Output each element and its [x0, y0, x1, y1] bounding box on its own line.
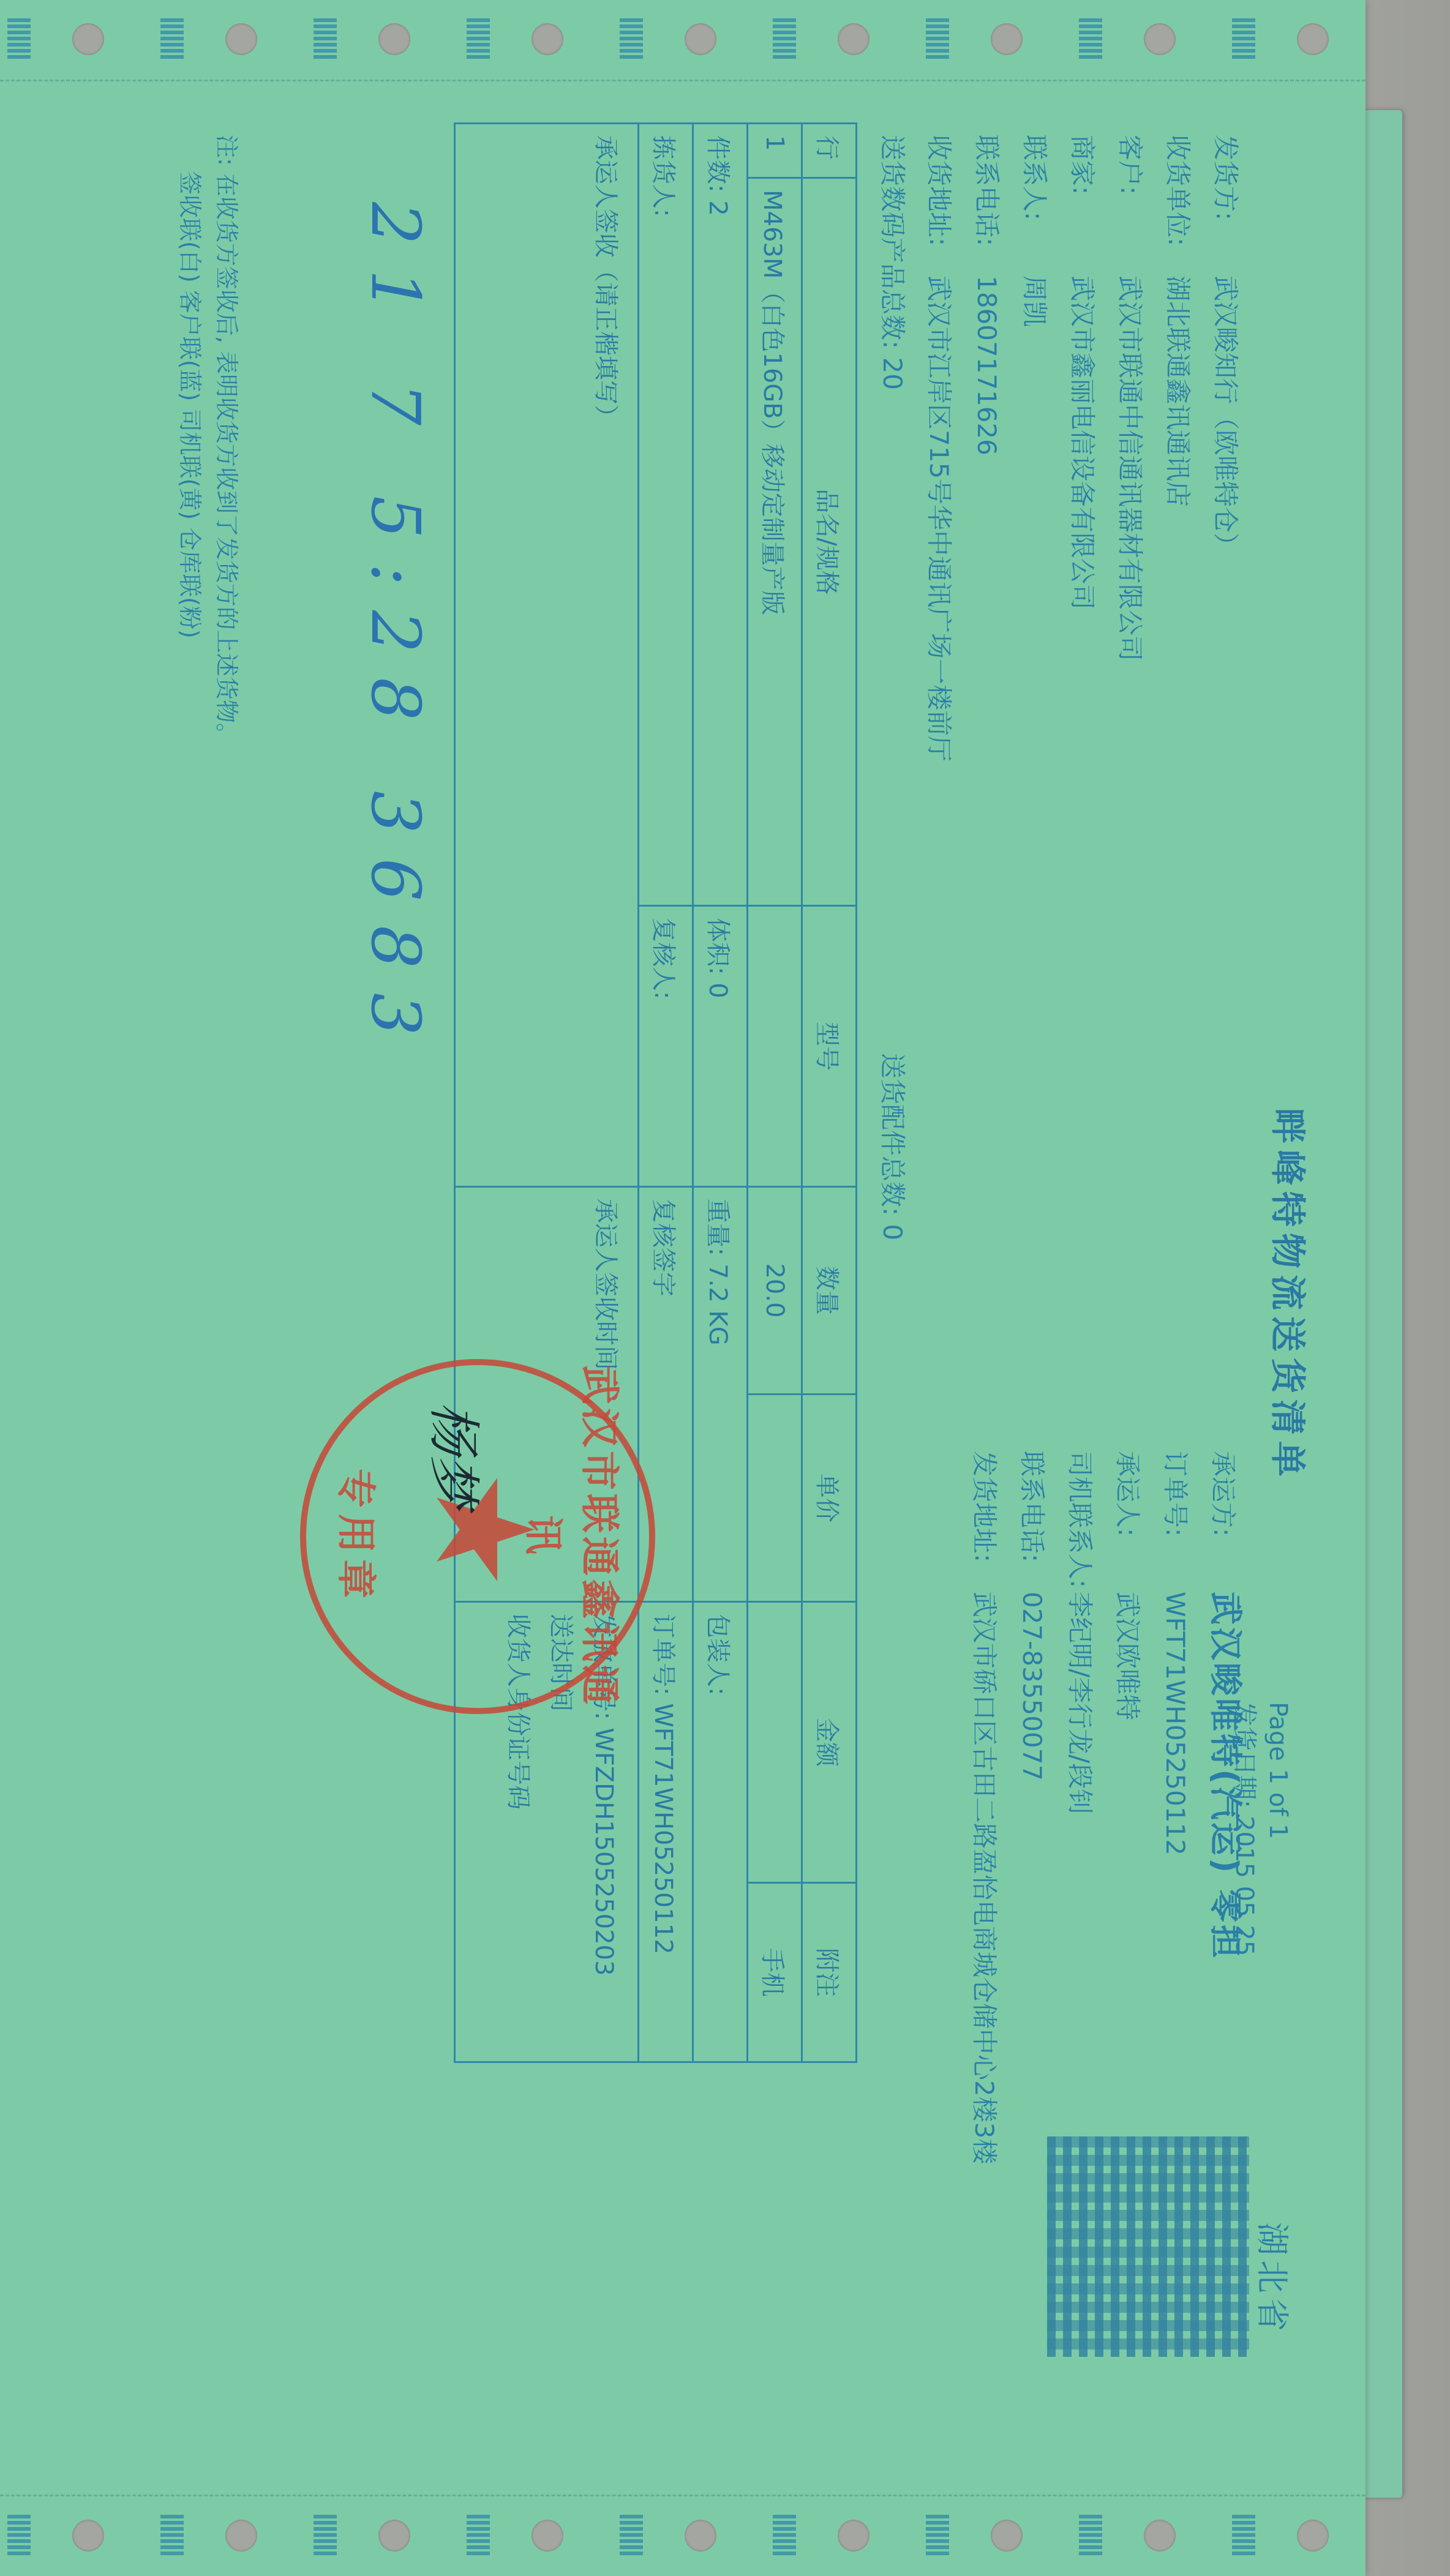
feed-hole-icon: [532, 23, 563, 55]
cell-line: 1: [748, 124, 802, 178]
perforation-mark: [1232, 18, 1255, 61]
weight-value: 7.2: [704, 1264, 732, 1303]
table-row: 1 M463M（白色16GB）移动定制量产版 20.0 手机: [748, 124, 802, 2062]
field-label: 承运方:: [1199, 1451, 1247, 1592]
parts-total: 送货配件总数: 0: [876, 1053, 912, 1240]
dispatch-no-value: WFZDH1505250203: [590, 1728, 618, 1975]
header-model: 型号: [802, 906, 857, 1187]
product-total-value: 20: [877, 358, 907, 390]
items-table: 行 品名/规格 型号 数量 单价 金额 附注 1 M463M（白色16GB）移动…: [454, 122, 857, 2063]
field-value: 武汉畯知行（欧唯特仓）: [1211, 275, 1241, 558]
perforation-mark: [773, 18, 796, 61]
perforation-mark: [620, 18, 643, 61]
sender-fields: 发货方:武汉畯知行（欧唯特仓） 收货单位:湖北联通鑫讯通讯店 客户:武汉市联通中…: [915, 135, 1249, 762]
product-total-label: 送货数码产品总数:: [877, 135, 907, 349]
qr-code-icon: [1047, 2136, 1249, 2357]
header-amount: 金额: [802, 1602, 857, 1883]
footer-note: 注: 在收货方签收后, 表明收货方收到了发货方的上述货物。 签收联(白) 客户联…: [171, 135, 245, 746]
parts-total-value: 0: [877, 1224, 907, 1241]
perforation-mark: [314, 18, 337, 61]
feed-hole-icon: [838, 23, 870, 55]
cell-name: M463M（白色16GB）移动定制量产版: [748, 178, 802, 906]
perforation-mark: [926, 2515, 949, 2558]
field-value: 李纪明/李行龙/段钊: [1065, 1592, 1095, 1814]
sender-row: 联系人:周凯: [1010, 135, 1058, 762]
carrier-row: 联系电话:027-83550077: [1008, 1451, 1056, 2164]
sender-row: 联系电话:18607171626: [963, 135, 1010, 762]
delivery-form: 畔峰特物流送货清单 Page 1 of 1 发货日期: 2015 05 25 湖…: [0, 0, 1365, 2576]
feed-hole-icon: [378, 2520, 410, 2552]
header-note: 附注: [802, 1883, 857, 2062]
carrier-row: 订单号:WFT71WH05250112: [1151, 1451, 1199, 2164]
sender-row: 客户:武汉市联通中信通讯器材有限公司: [1106, 135, 1154, 762]
cell-note: 手机: [748, 1883, 802, 2062]
field-label: 发货方:: [1201, 135, 1249, 275]
volume-label: 体积:: [704, 918, 732, 975]
perforation-mark: [467, 2515, 490, 2558]
order-value: WFT71WH05250112: [650, 1703, 678, 1954]
perforation-mark: [1079, 2515, 1102, 2558]
footer-copies: 签收联(白) 客户联(蓝) 司机联(黄) 仓库联(粉): [171, 135, 208, 746]
form-title: 畔峰特物流送货清单: [1265, 1108, 1317, 1483]
sender-row: 收货地址:武汉市江岸区715号华中通讯广场一楼前厅: [915, 135, 963, 762]
header-name: 品名/规格: [802, 178, 857, 906]
packer-cell: 包装人:: [693, 1602, 748, 2062]
handwritten-signature: 杨梦: [420, 1402, 496, 1507]
field-value: 武汉市硚口区古田二路盈怡电商城仓储中心2楼3楼: [969, 1592, 999, 2164]
feed-hole-icon: [378, 23, 410, 55]
perforation-mark: [7, 18, 31, 61]
cell-qty: 20.0: [748, 1187, 802, 1395]
order-label: 订单号:: [650, 1614, 678, 1695]
summary-row: 件数: 2 体积: 0 重量: 7.2 KG 包装人:: [693, 124, 748, 2062]
feed-hole-icon: [225, 2520, 257, 2552]
feed-hole-icon: [1297, 2520, 1329, 2552]
field-value: 武汉畯唯特(汽运) 零担: [1206, 1592, 1245, 1960]
weight-label: 重量:: [704, 1199, 732, 1256]
feed-hole-icon: [1144, 2520, 1176, 2552]
header-qty: 数量: [802, 1187, 857, 1395]
perforation-mark: [314, 2515, 337, 2558]
pieces-label: 件数:: [704, 135, 732, 192]
perforation-mark: [7, 2515, 31, 2558]
signature-row: 承运人签收（请正楷填写） 承运人签收时间 发放单号: WFZDH15052502…: [455, 124, 639, 2062]
field-label: 商家:: [1058, 135, 1106, 275]
carrier-fields: 承运方:武汉畯唯特(汽运) 零担 订单号:WFT71WH05250112 承运人…: [960, 1451, 1249, 2164]
parts-total-label: 送货配件总数:: [877, 1053, 907, 1216]
perforation-mark: [1232, 2515, 1255, 2558]
sender-row: 发货方:武汉畯知行（欧唯特仓）: [1201, 135, 1249, 762]
field-value: 027-83550077: [1017, 1592, 1047, 1781]
feed-hole-icon: [1297, 23, 1329, 55]
receiver-sign-cell: 承运人签收（请正楷填写）: [455, 124, 639, 1187]
header-line: 行: [802, 124, 857, 178]
carrier-row: 承运人:武汉欧唯特: [1103, 1451, 1151, 2164]
carrier-row: 发货地址:武汉市硚口区古田二路盈怡电商城仓储中心2楼3楼: [960, 1451, 1008, 2164]
pieces-value: 2: [704, 200, 732, 215]
weight-unit: KG: [704, 1311, 732, 1346]
field-label: 司机联系人:: [1056, 1451, 1103, 1592]
cell-amount: [748, 1602, 802, 1883]
feed-hole-icon: [685, 23, 716, 55]
check-row: 拣货人: 复核人: 复核签字 订单号: WFT71WH05250112: [639, 124, 693, 2062]
volume-cell: 体积: 0: [693, 906, 748, 1187]
carrier-row: 承运方:武汉畯唯特(汽运) 零担: [1199, 1451, 1249, 2164]
feed-hole-icon: [685, 2520, 716, 2552]
feed-hole-icon: [532, 2520, 563, 2552]
field-label: 发货地址:: [960, 1451, 1008, 1592]
order-cell: 订单号: WFT71WH05250112: [639, 1602, 693, 2062]
seal-bottom-text: 专用章: [331, 1365, 387, 1708]
province-label: 湖北省: [1251, 2222, 1298, 2336]
checker-cell: 复核人:: [639, 906, 693, 1187]
field-value: 湖北联通鑫讯通讯店: [1163, 275, 1193, 507]
field-value: 周凯: [1020, 275, 1050, 327]
feed-hole-icon: [225, 23, 257, 55]
field-label: 联系电话:: [1008, 1451, 1056, 1592]
feed-hole-icon: [991, 23, 1023, 55]
field-value: 武汉市鑫丽电信设备有限公司: [1067, 275, 1097, 610]
field-value: 武汉欧唯特: [1113, 1592, 1143, 1720]
picker-cell: 拣货人:: [639, 124, 693, 906]
field-value: 18607171626: [972, 275, 1002, 455]
perforation-mark: [773, 2515, 796, 2558]
feed-hole-icon: [1144, 23, 1176, 55]
field-value: 武汉市江岸区715号华中通讯广场一楼前厅: [924, 275, 954, 762]
feed-hole-icon: [72, 2520, 104, 2552]
field-label: 收货地址:: [915, 135, 963, 275]
perforation-mark: [1079, 18, 1102, 61]
sender-row: 收货单位:湖北联通鑫讯通讯店: [1154, 135, 1201, 762]
product-total: 送货数码产品总数: 20: [876, 135, 912, 390]
volume-value: 0: [704, 983, 732, 998]
perforation-mark: [620, 2515, 643, 2558]
field-label: 联系电话:: [963, 135, 1010, 275]
cell-model: [748, 906, 802, 1187]
footer-note-text: 注: 在收货方签收后, 表明收货方收到了发货方的上述货物。: [208, 135, 245, 746]
form-body: 畔峰特物流送货清单 Page 1 of 1 发货日期: 2015 05 25 湖…: [24, 98, 1341, 2473]
perforation-mark: [160, 2515, 184, 2558]
perforation-mark: [160, 18, 184, 61]
field-label: 客户:: [1106, 135, 1154, 275]
page-indicator: Page 1 of 1: [1264, 1702, 1292, 1956]
perforation-mark: [467, 18, 490, 61]
tractor-feed-right: [0, 2495, 1365, 2576]
weight-cell: 重量: 7.2 KG: [693, 1187, 748, 1602]
field-label: 收货单位:: [1154, 135, 1201, 275]
feed-hole-icon: [991, 2520, 1023, 2552]
feed-hole-icon: [72, 23, 104, 55]
pieces-cell: 件数: 2: [693, 124, 748, 906]
field-label: 承运人:: [1103, 1451, 1151, 1592]
packer-label: 包装人:: [704, 1614, 732, 1695]
field-value: 武汉市联通中信通讯器材有限公司: [1115, 275, 1145, 661]
sender-row: 商家:武汉市鑫丽电信设备有限公司: [1058, 135, 1106, 762]
header-price: 单价: [802, 1395, 857, 1602]
field-label: 联系人:: [1010, 135, 1058, 275]
field-value: WFT71WH05250112: [1160, 1592, 1190, 1855]
feed-hole-icon: [838, 2520, 870, 2552]
field-label: 订单号:: [1151, 1451, 1199, 1592]
tractor-feed-left: [0, 0, 1365, 81]
cell-price: [748, 1395, 802, 1602]
carrier-row: 司机联系人:李纪明/李行龙/段钊: [1056, 1451, 1103, 2164]
table-header-row: 行 品名/规格 型号 数量 单价 金额 附注: [802, 124, 857, 2062]
handwritten-note: 21 7 5:28 3683: [356, 202, 435, 1060]
perforation-mark: [926, 18, 949, 61]
